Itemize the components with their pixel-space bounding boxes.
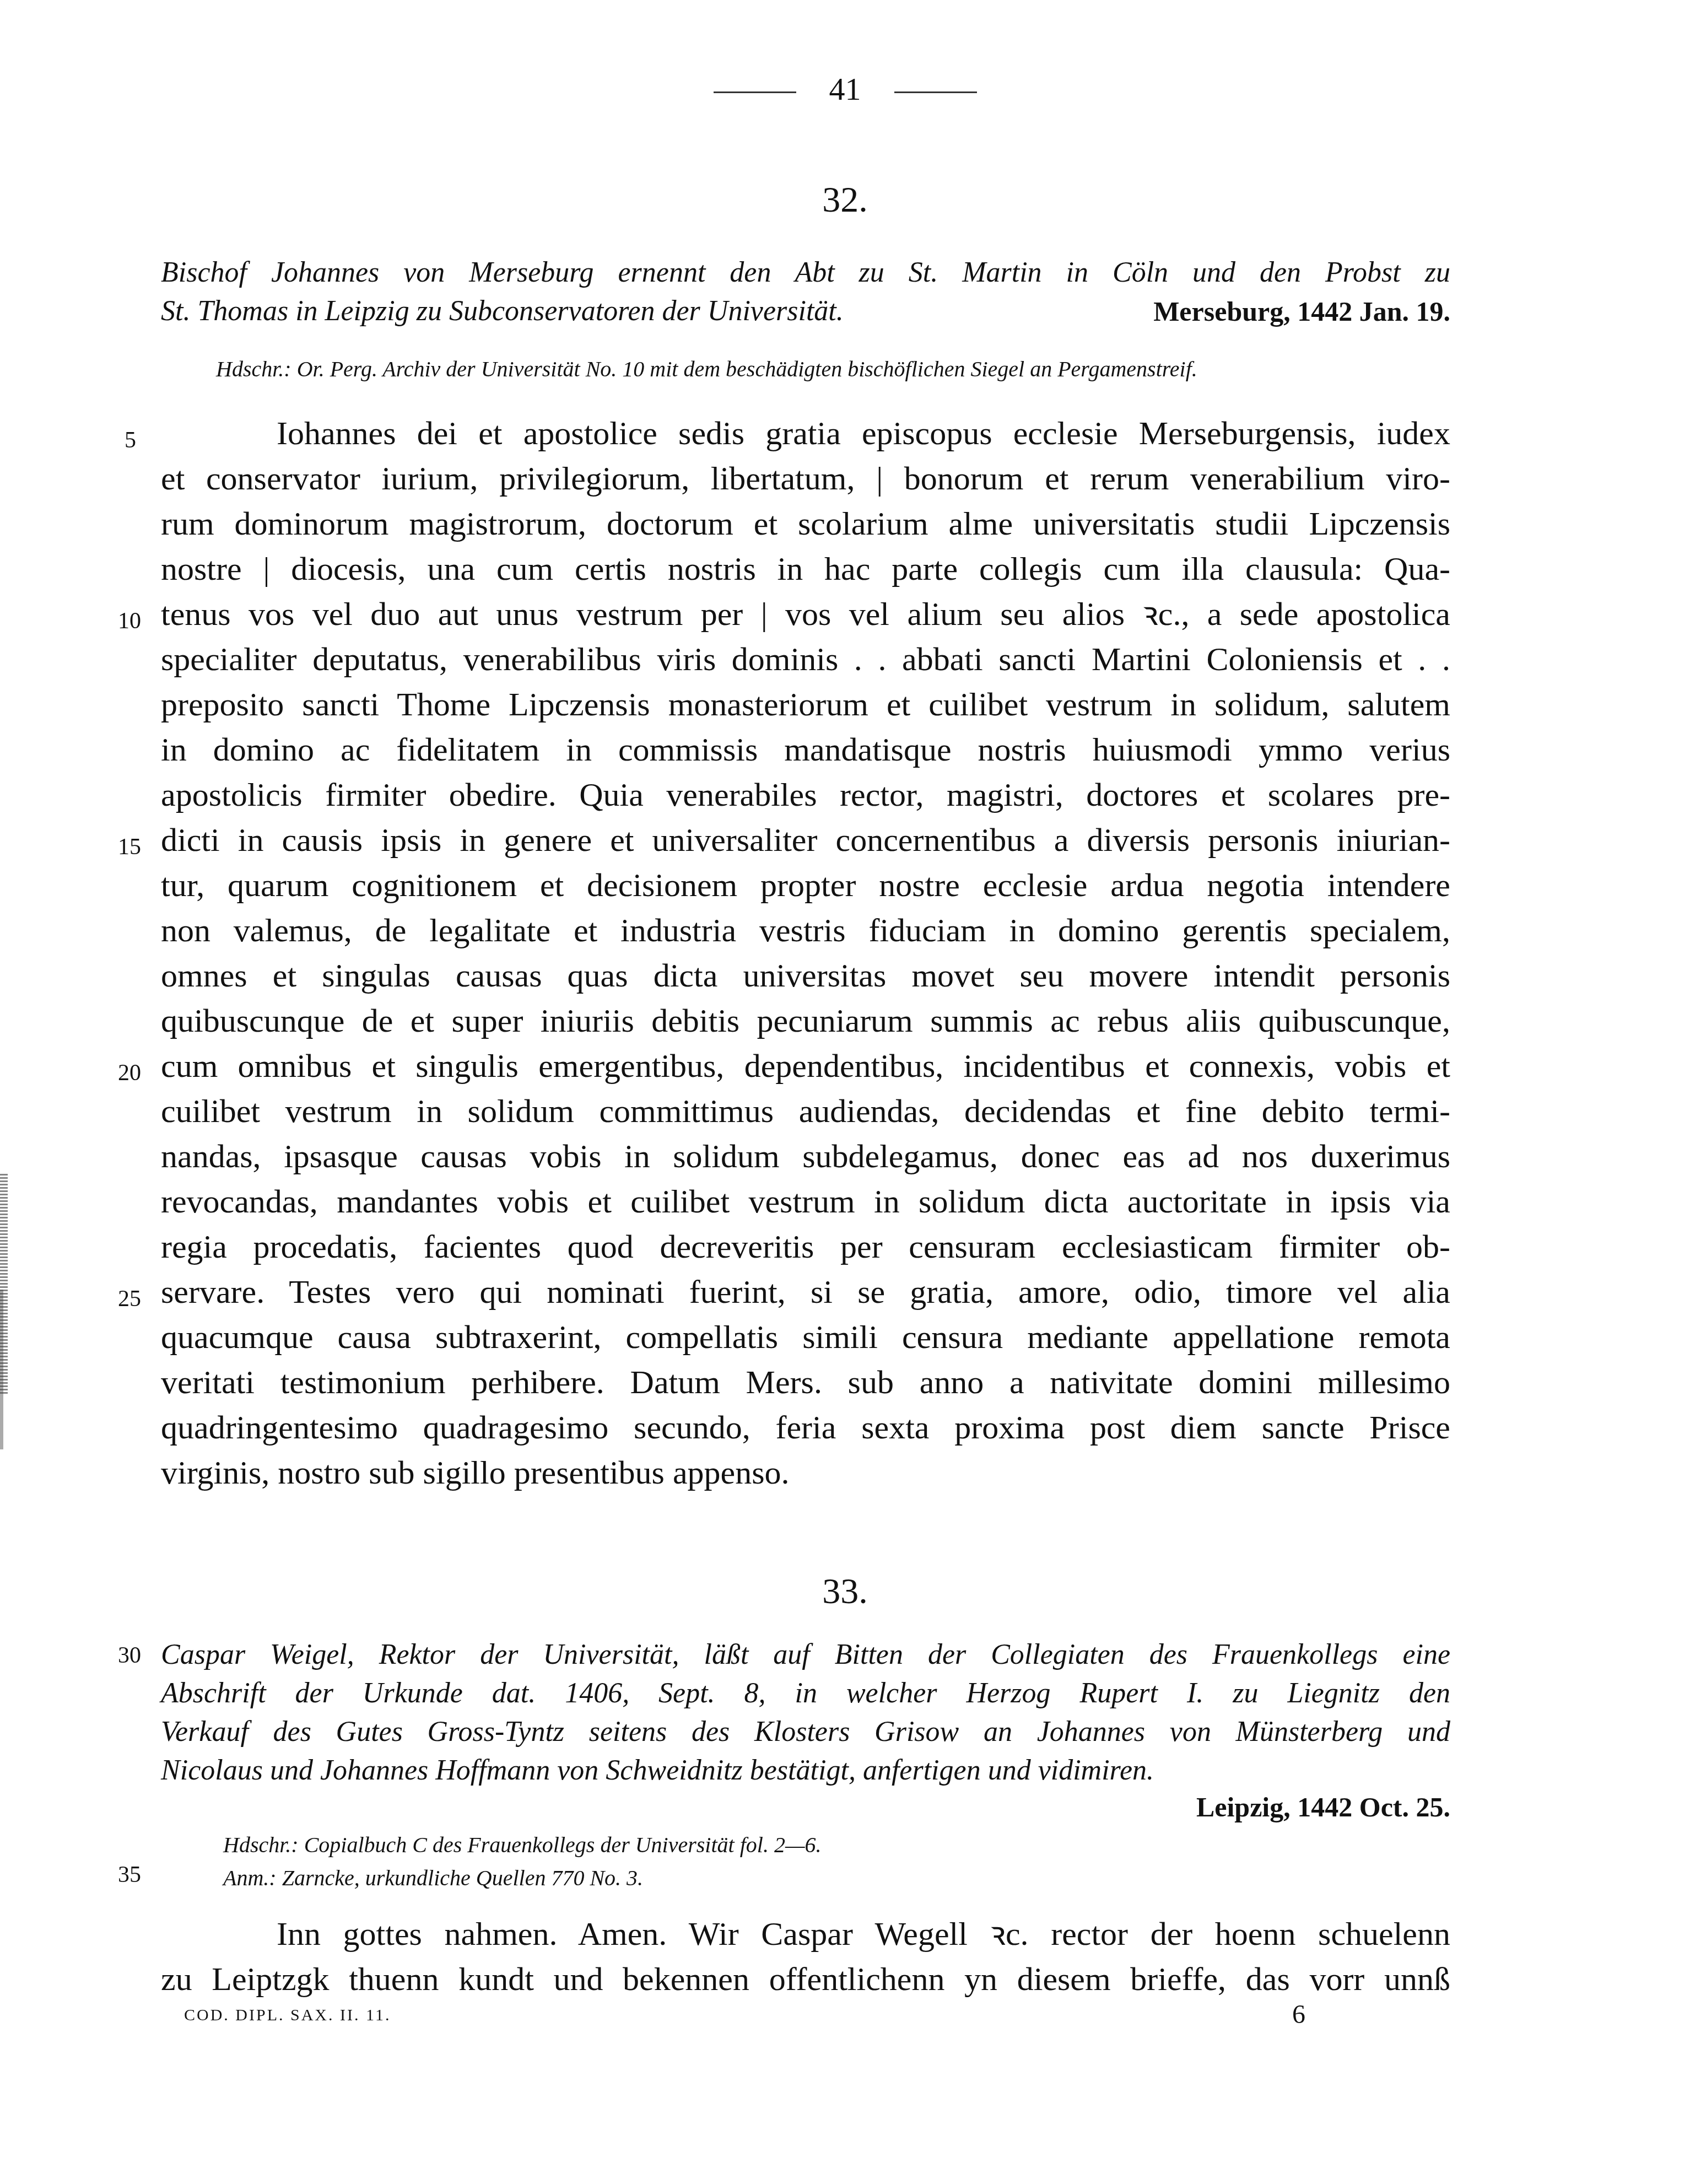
body-line: Inn gottes nahmen. Amen. Wir Caspar Wege… xyxy=(161,1911,1450,1956)
source-note: Hdschr.: Copialbuch C des Frauenkollegs … xyxy=(223,1829,821,1862)
summary-line: Bischof Johannes von Merseburg ernennt d… xyxy=(161,254,1450,292)
body-line: virginis, nostro sub sigillo presentibus… xyxy=(161,1450,1450,1495)
line-number: 10 xyxy=(118,608,151,634)
divider xyxy=(894,91,977,93)
line-number: 25 xyxy=(118,1286,151,1312)
line-number: 5 xyxy=(125,427,158,454)
footer-sheet-number: 6 xyxy=(1292,1999,1305,2030)
document-summary-32: Bischof Johannes von Merseburg ernennt d… xyxy=(161,254,1450,331)
divider xyxy=(714,91,796,93)
document-number-33: 33. xyxy=(0,1571,1690,1613)
body-line: veritati testimonium perhibere. Datum Me… xyxy=(161,1360,1450,1405)
body-line: dicti in causis ipsis in genere et unive… xyxy=(161,817,1450,862)
body-line: servare. Testes vero qui nominati fuerin… xyxy=(161,1269,1450,1314)
page-number: 41 xyxy=(0,71,1690,107)
body-line: tenus vos vel duo aut unus vestrum per |… xyxy=(161,591,1450,637)
body-line: nostre | diocesis, una cum certis nostri… xyxy=(161,546,1450,591)
body-line: zu Leiptzgk thuenn kundt und bekennen of… xyxy=(161,1956,1450,2002)
body-line: rum dominorum magistrorum, doctorum et s… xyxy=(161,501,1450,546)
body-line: in domino ac fidelitatem in commissis ma… xyxy=(161,727,1450,772)
summary-line: Verkauf des Gutes Gross-Tyntz seitens de… xyxy=(161,1713,1450,1751)
document-body-33: Inn gottes nahmen. Amen. Wir Caspar Wege… xyxy=(161,1911,1450,2002)
body-line: tur, quarum cognitionem et decisionem pr… xyxy=(161,862,1450,908)
body-line: non valemus, de legalitate et industria … xyxy=(161,908,1450,953)
body-line: omnes et singulas causas quas dicta univ… xyxy=(161,953,1450,998)
document-body-32: Iohannes dei et apostolice sedis gratia … xyxy=(161,411,1450,1495)
body-line: preposito sancti Thome Lipczensis monast… xyxy=(161,682,1450,727)
summary-line-text: St. Thomas in Leipzig zu Subconservatore… xyxy=(161,295,844,327)
summary-line: St. Thomas in Leipzig zu Subconservatore… xyxy=(161,292,1450,331)
body-line: quacumque causa subtraxerint, compellati… xyxy=(161,1314,1450,1360)
summary-line: Nicolaus und Johannes Hoffmann von Schwe… xyxy=(161,1751,1450,1790)
body-line: nandas, ipsasque causas vobis in solidum… xyxy=(161,1134,1450,1179)
body-line: cum omnibus et singulis emergentibus, de… xyxy=(161,1043,1450,1088)
summary-line: Caspar Weigel, Rektor der Universität, l… xyxy=(161,1636,1450,1674)
page-number-text: 41 xyxy=(829,71,861,107)
body-line: revocandas, mandantes vobis et cuilibet … xyxy=(161,1179,1450,1224)
line-number: 20 xyxy=(118,1060,151,1086)
annotation-note: Anm.: Zarncke, urkundliche Quellen 770 N… xyxy=(223,1862,643,1895)
body-line: cuilibet vestrum in solidum committimus … xyxy=(161,1088,1450,1134)
footer-signature: COD. DIPL. SAX. II. 11. xyxy=(184,2006,391,2025)
body-line: quadringentesimo quadragesimo secundo, f… xyxy=(161,1405,1450,1450)
line-number: 15 xyxy=(118,834,151,860)
document-number-32: 32. xyxy=(0,179,1690,221)
body-line: quibuscunque de et super iniuriis debiti… xyxy=(161,998,1450,1043)
body-line: et conservator iurium, privilegiorum, li… xyxy=(161,456,1450,501)
line-number: 30 xyxy=(118,1642,151,1669)
body-line: specialiter deputatus, venerabilibus vir… xyxy=(161,637,1450,682)
scan-edge-artifact xyxy=(0,1290,3,1449)
document-date: Leipzig, 1442 Oct. 25. xyxy=(161,1791,1450,1823)
source-note: Hdschr.: Or. Perg. Archiv der Universitä… xyxy=(216,353,1197,386)
body-line: regia procedatis, facientes quod decreve… xyxy=(161,1224,1450,1269)
line-number: 35 xyxy=(118,1862,151,1888)
document-date: Merseburg, 1442 Jan. 19. xyxy=(1153,292,1450,331)
body-line: apostolicis firmiter obedire. Quia vener… xyxy=(161,772,1450,817)
summary-line: Abschrift der Urkunde dat. 1406, Sept. 8… xyxy=(161,1674,1450,1713)
body-line: Iohannes dei et apostolice sedis gratia … xyxy=(161,411,1450,456)
document-summary-33: Caspar Weigel, Rektor der Universität, l… xyxy=(161,1636,1450,1790)
